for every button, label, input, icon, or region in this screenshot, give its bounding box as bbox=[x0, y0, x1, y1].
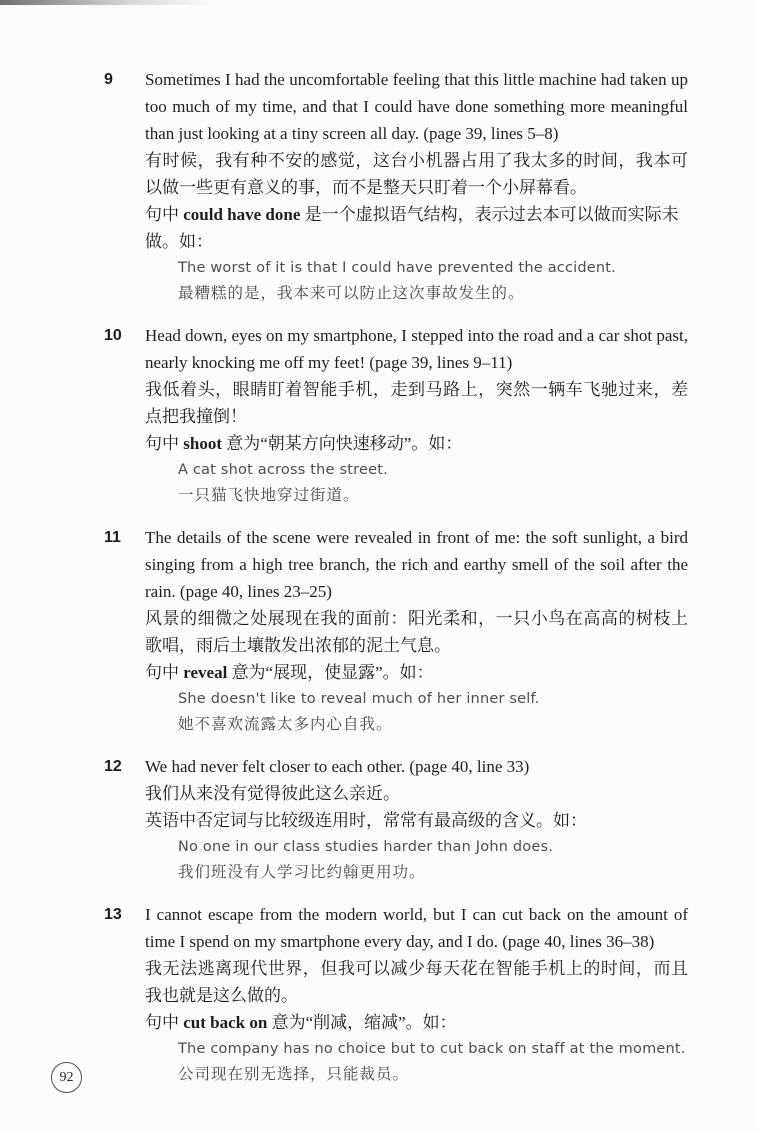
item-note: 句中 shoot 意为“朝某方向快速移动”。如： bbox=[145, 430, 688, 457]
example-chinese: 她不喜欢流露太多内心自我。 bbox=[178, 712, 688, 738]
note-pre: 句中 bbox=[145, 1013, 183, 1032]
example-chinese: 公司现在别无选择，只能裁员。 bbox=[178, 1062, 688, 1088]
note-post: 意为“削减，缩减”。如： bbox=[267, 1013, 456, 1032]
item-note: 句中 could have done 是一个虚拟语气结构，表示过去本可以做而实际… bbox=[145, 201, 688, 255]
example-english: A cat shot across the street. bbox=[178, 457, 688, 483]
item-note: 句中 cut back on 意为“削减，缩减”。如： bbox=[145, 1009, 688, 1036]
item-english: The details of the scene were revealed i… bbox=[145, 524, 688, 605]
note-keyword: shoot bbox=[183, 434, 222, 453]
item-body: Head down, eyes on my smartphone, I step… bbox=[145, 322, 688, 509]
note-keyword: reveal bbox=[183, 663, 227, 682]
note-pre: 句中 bbox=[145, 205, 183, 224]
item-number: 10 bbox=[104, 322, 145, 509]
example-english: The company has no choice but to cut bac… bbox=[178, 1036, 688, 1062]
scan-artifact-strip bbox=[0, 0, 212, 5]
item-english: I cannot escape from the modern world, b… bbox=[145, 901, 688, 955]
list-item: 11 The details of the scene were reveale… bbox=[104, 524, 688, 738]
item-chinese: 我低着头，眼睛盯着智能手机，走到马路上，突然一辆车飞驰过来，差点把我撞倒！ bbox=[145, 376, 688, 430]
note-pre: 英语中否定词与比较级连用时，常常有最高级的含义。如： bbox=[145, 811, 587, 830]
example-chinese: 最糟糕的是，我本来可以防止这次事故发生的。 bbox=[178, 281, 688, 307]
example-english: She doesn't like to reveal much of her i… bbox=[178, 686, 688, 712]
item-english: We had never felt closer to each other. … bbox=[145, 753, 688, 780]
item-english: Sometimes I had the uncomfortable feelin… bbox=[145, 66, 688, 147]
note-pre: 句中 bbox=[145, 663, 183, 682]
list-item: 9 Sometimes I had the uncomfortable feel… bbox=[104, 66, 688, 307]
item-note: 英语中否定词与比较级连用时，常常有最高级的含义。如： bbox=[145, 807, 688, 834]
item-body: Sometimes I had the uncomfortable feelin… bbox=[145, 66, 688, 307]
item-number: 11 bbox=[104, 524, 145, 738]
item-english: Head down, eyes on my smartphone, I step… bbox=[145, 322, 688, 376]
item-chinese: 我们从来没有觉得彼此这么亲近。 bbox=[145, 780, 688, 807]
page-number-badge: 92 bbox=[51, 1062, 82, 1093]
item-number: 12 bbox=[104, 753, 145, 886]
note-pre: 句中 bbox=[145, 434, 183, 453]
item-number: 13 bbox=[104, 901, 145, 1088]
note-post: 意为“展现，使显露”。如： bbox=[227, 663, 433, 682]
example-english: No one in our class studies harder than … bbox=[178, 834, 688, 860]
note-post: 意为“朝某方向快速移动”。如： bbox=[222, 434, 462, 453]
item-chinese: 有时候，我有种不安的感觉，这台小机器占用了我太多的时间，我本可以做一些更有意义的… bbox=[145, 147, 688, 201]
page-number: 92 bbox=[60, 1070, 74, 1086]
example-chinese: 我们班没有人学习比约翰更用功。 bbox=[178, 860, 688, 886]
note-keyword: could have done bbox=[183, 205, 300, 224]
list-item: 12 We had never felt closer to each othe… bbox=[104, 753, 688, 886]
item-note: 句中 reveal 意为“展现，使显露”。如： bbox=[145, 659, 688, 686]
textbook-page: 9 Sometimes I had the uncomfortable feel… bbox=[0, 0, 757, 1132]
item-body: The details of the scene were revealed i… bbox=[145, 524, 688, 738]
list-item: 13 I cannot escape from the modern world… bbox=[104, 901, 688, 1088]
list-item: 10 Head down, eyes on my smartphone, I s… bbox=[104, 322, 688, 509]
item-body: I cannot escape from the modern world, b… bbox=[145, 901, 688, 1088]
item-number: 9 bbox=[104, 66, 145, 307]
item-chinese: 风景的细微之处展现在我的面前：阳光柔和，一只小鸟在高高的树枝上歌唱，雨后土壤散发… bbox=[145, 605, 688, 659]
notes-list: 9 Sometimes I had the uncomfortable feel… bbox=[104, 66, 688, 1103]
note-keyword: cut back on bbox=[183, 1013, 267, 1032]
example-chinese: 一只猫飞快地穿过街道。 bbox=[178, 483, 688, 509]
item-body: We had never felt closer to each other. … bbox=[145, 753, 688, 886]
item-chinese: 我无法逃离现代世界，但我可以减少每天花在智能手机上的时间，而且我也就是这么做的。 bbox=[145, 955, 688, 1009]
example-english: The worst of it is that I could have pre… bbox=[178, 255, 688, 281]
